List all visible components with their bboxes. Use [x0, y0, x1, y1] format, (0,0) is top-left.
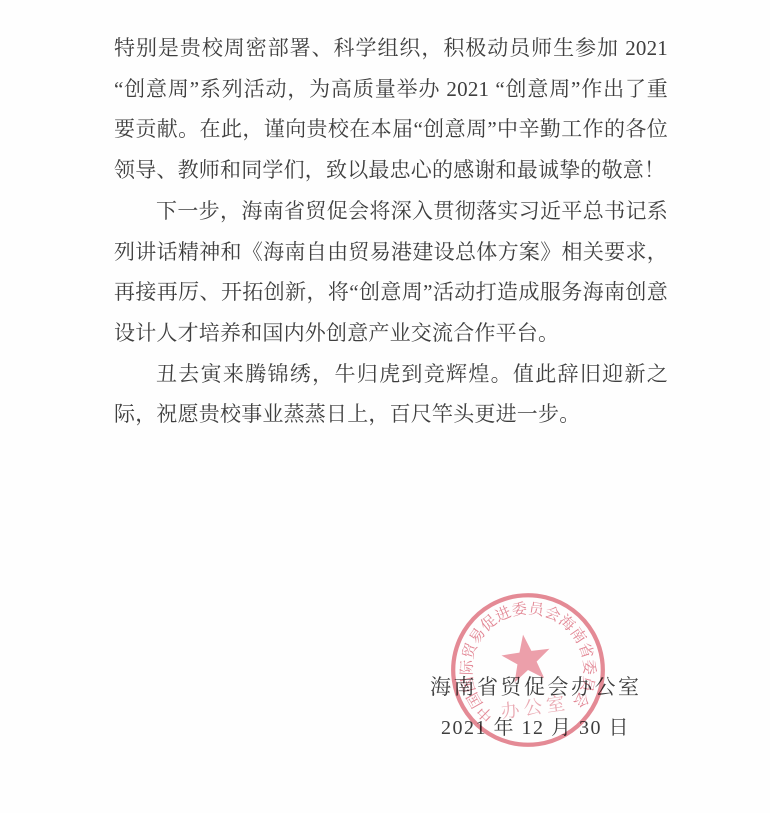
seal-rim-text: 中国国际贸易促进委员会海南省委员会	[450, 592, 604, 727]
document-page: 特别是贵校周密部署、科学组织，积极动员师生参加 2021 “创意周”系列活动，为…	[0, 0, 770, 813]
paragraph-3: 丑去寅来腾锦绣，牛归虎到竞辉煌。值此辞旧迎新之际，祝愿贵校事业蒸蒸日上，百尺竿头…	[114, 354, 668, 435]
signature-org-name: 海南省贸促会办公室	[430, 671, 642, 701]
paragraph-1: 特别是贵校周密部署、科学组织，积极动员师生参加 2021 “创意周”系列活动，为…	[114, 28, 668, 191]
letter-body: 特别是贵校周密部署、科学组织，积极动员师生参加 2021 “创意周”系列活动，为…	[114, 28, 668, 435]
paragraph-2: 下一步，海南省贸促会将深入贯彻落实习近平总书记系列讲话精神和《海南自由贸易港建设…	[114, 191, 668, 354]
signature-date: 2021 年 12 月 30 日	[441, 711, 630, 740]
svg-text:中国国际贸易促进委员会海南省委员会: 中国国际贸易促进委员会海南省委员会	[450, 592, 604, 727]
